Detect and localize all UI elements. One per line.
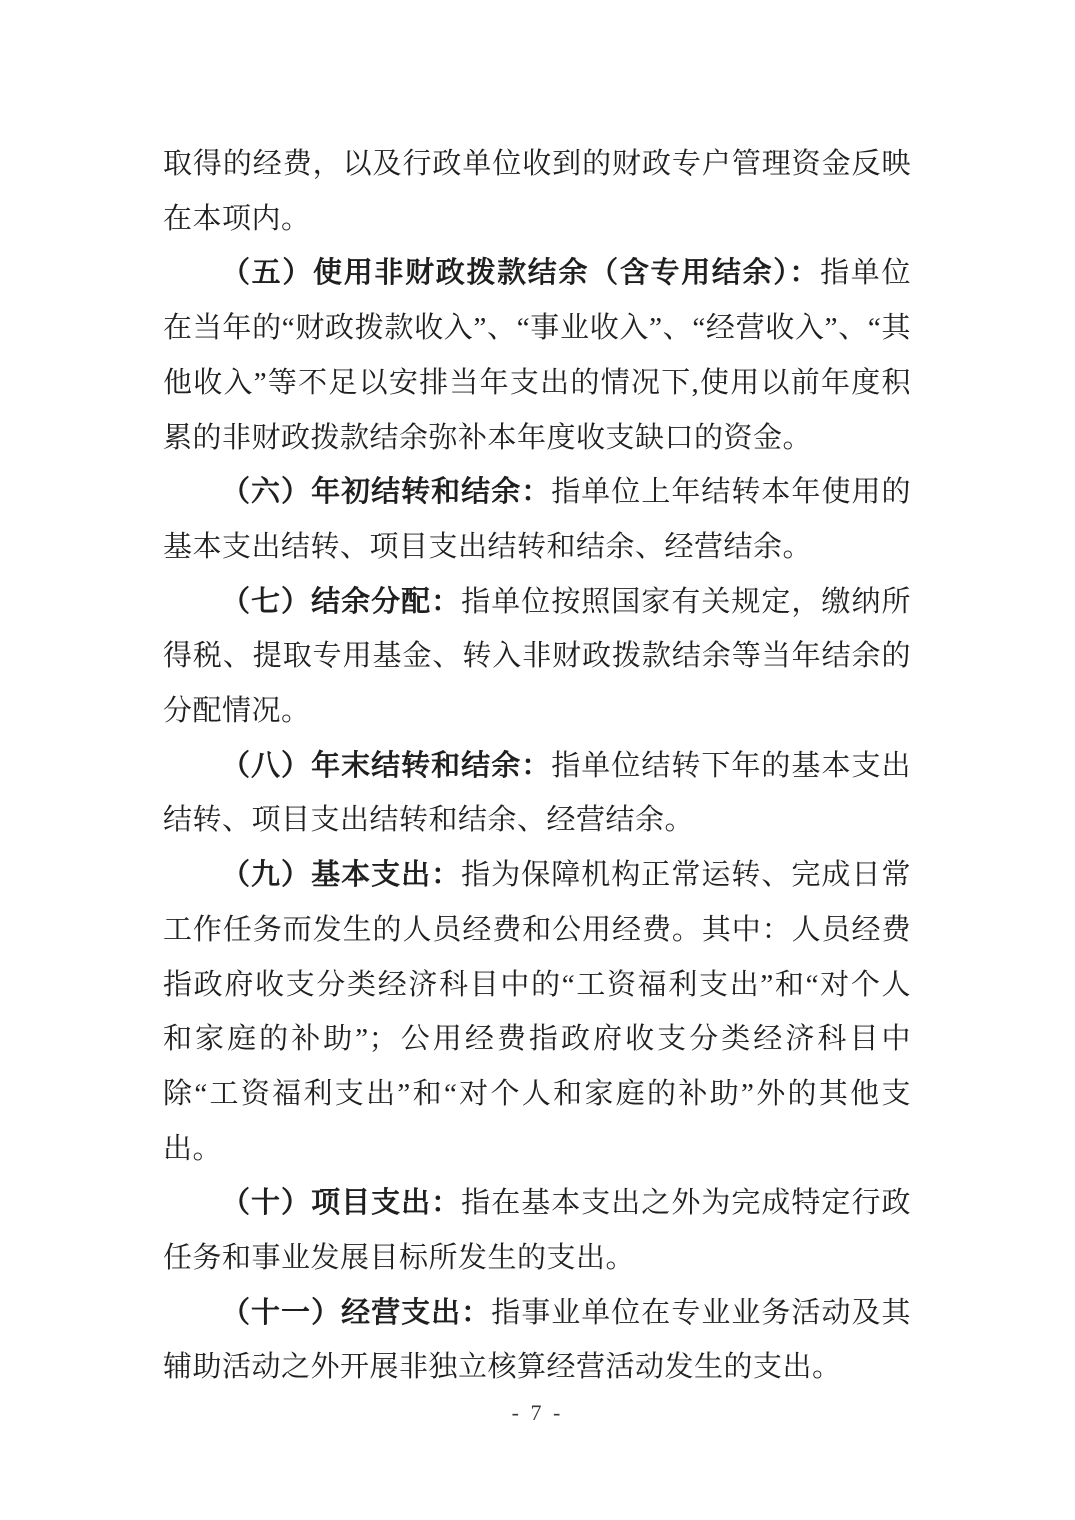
paragraph-term: （六）年初结转和结余： (221, 476, 551, 508)
document-page: 取得的经费，以及行政单位收到的财政专户管理资金反映在本项内。（五）使用非财政拨款… (0, 0, 1075, 1520)
paragraph: （八）年末结转和结余：指单位结转下年的基本支出结转、项目支出结转和结余、经营结余… (163, 739, 911, 848)
paragraph: （九）基本支出：指为保障机构正常运转、完成日常工作任务而发生的人员经费和公用经费… (163, 848, 911, 1176)
paragraph-term: （八）年末结转和结余： (221, 750, 551, 782)
paragraph: （五）使用非财政拨款结余（含专用结余）：指单位在当年的“财政拨款收入”、“事业收… (163, 246, 911, 465)
paragraph: （七）结余分配：指单位按照国家有关规定，缴纳所得税、提取专用基金、转入非财政拨款… (163, 575, 911, 739)
paragraph-term: （十）项目支出： (221, 1187, 461, 1219)
paragraph-term: （五）使用非财政拨款结余（含专用结余）： (221, 257, 820, 289)
paragraph: 取得的经费，以及行政单位收到的财政专户管理资金反映在本项内。 (163, 137, 911, 246)
paragraph-term: （九）基本支出： (221, 859, 461, 891)
page-number: - 7 - (0, 1400, 1075, 1426)
paragraph: （十一）经营支出：指事业单位在专业业务活动及其辅助活动之外开展非独立核算经营活动… (163, 1286, 911, 1395)
paragraph-term: （十一）经营支出： (221, 1297, 491, 1329)
document-body: 取得的经费，以及行政单位收到的财政专户管理资金反映在本项内。（五）使用非财政拨款… (163, 137, 911, 1395)
paragraph: （六）年初结转和结余：指单位上年结转本年使用的基本支出结转、项目支出结转和结余、… (163, 465, 911, 574)
paragraph-term: （七）结余分配： (221, 586, 461, 618)
paragraph: （十）项目支出：指在基本支出之外为完成特定行政任务和事业发展目标所发生的支出。 (163, 1176, 911, 1285)
